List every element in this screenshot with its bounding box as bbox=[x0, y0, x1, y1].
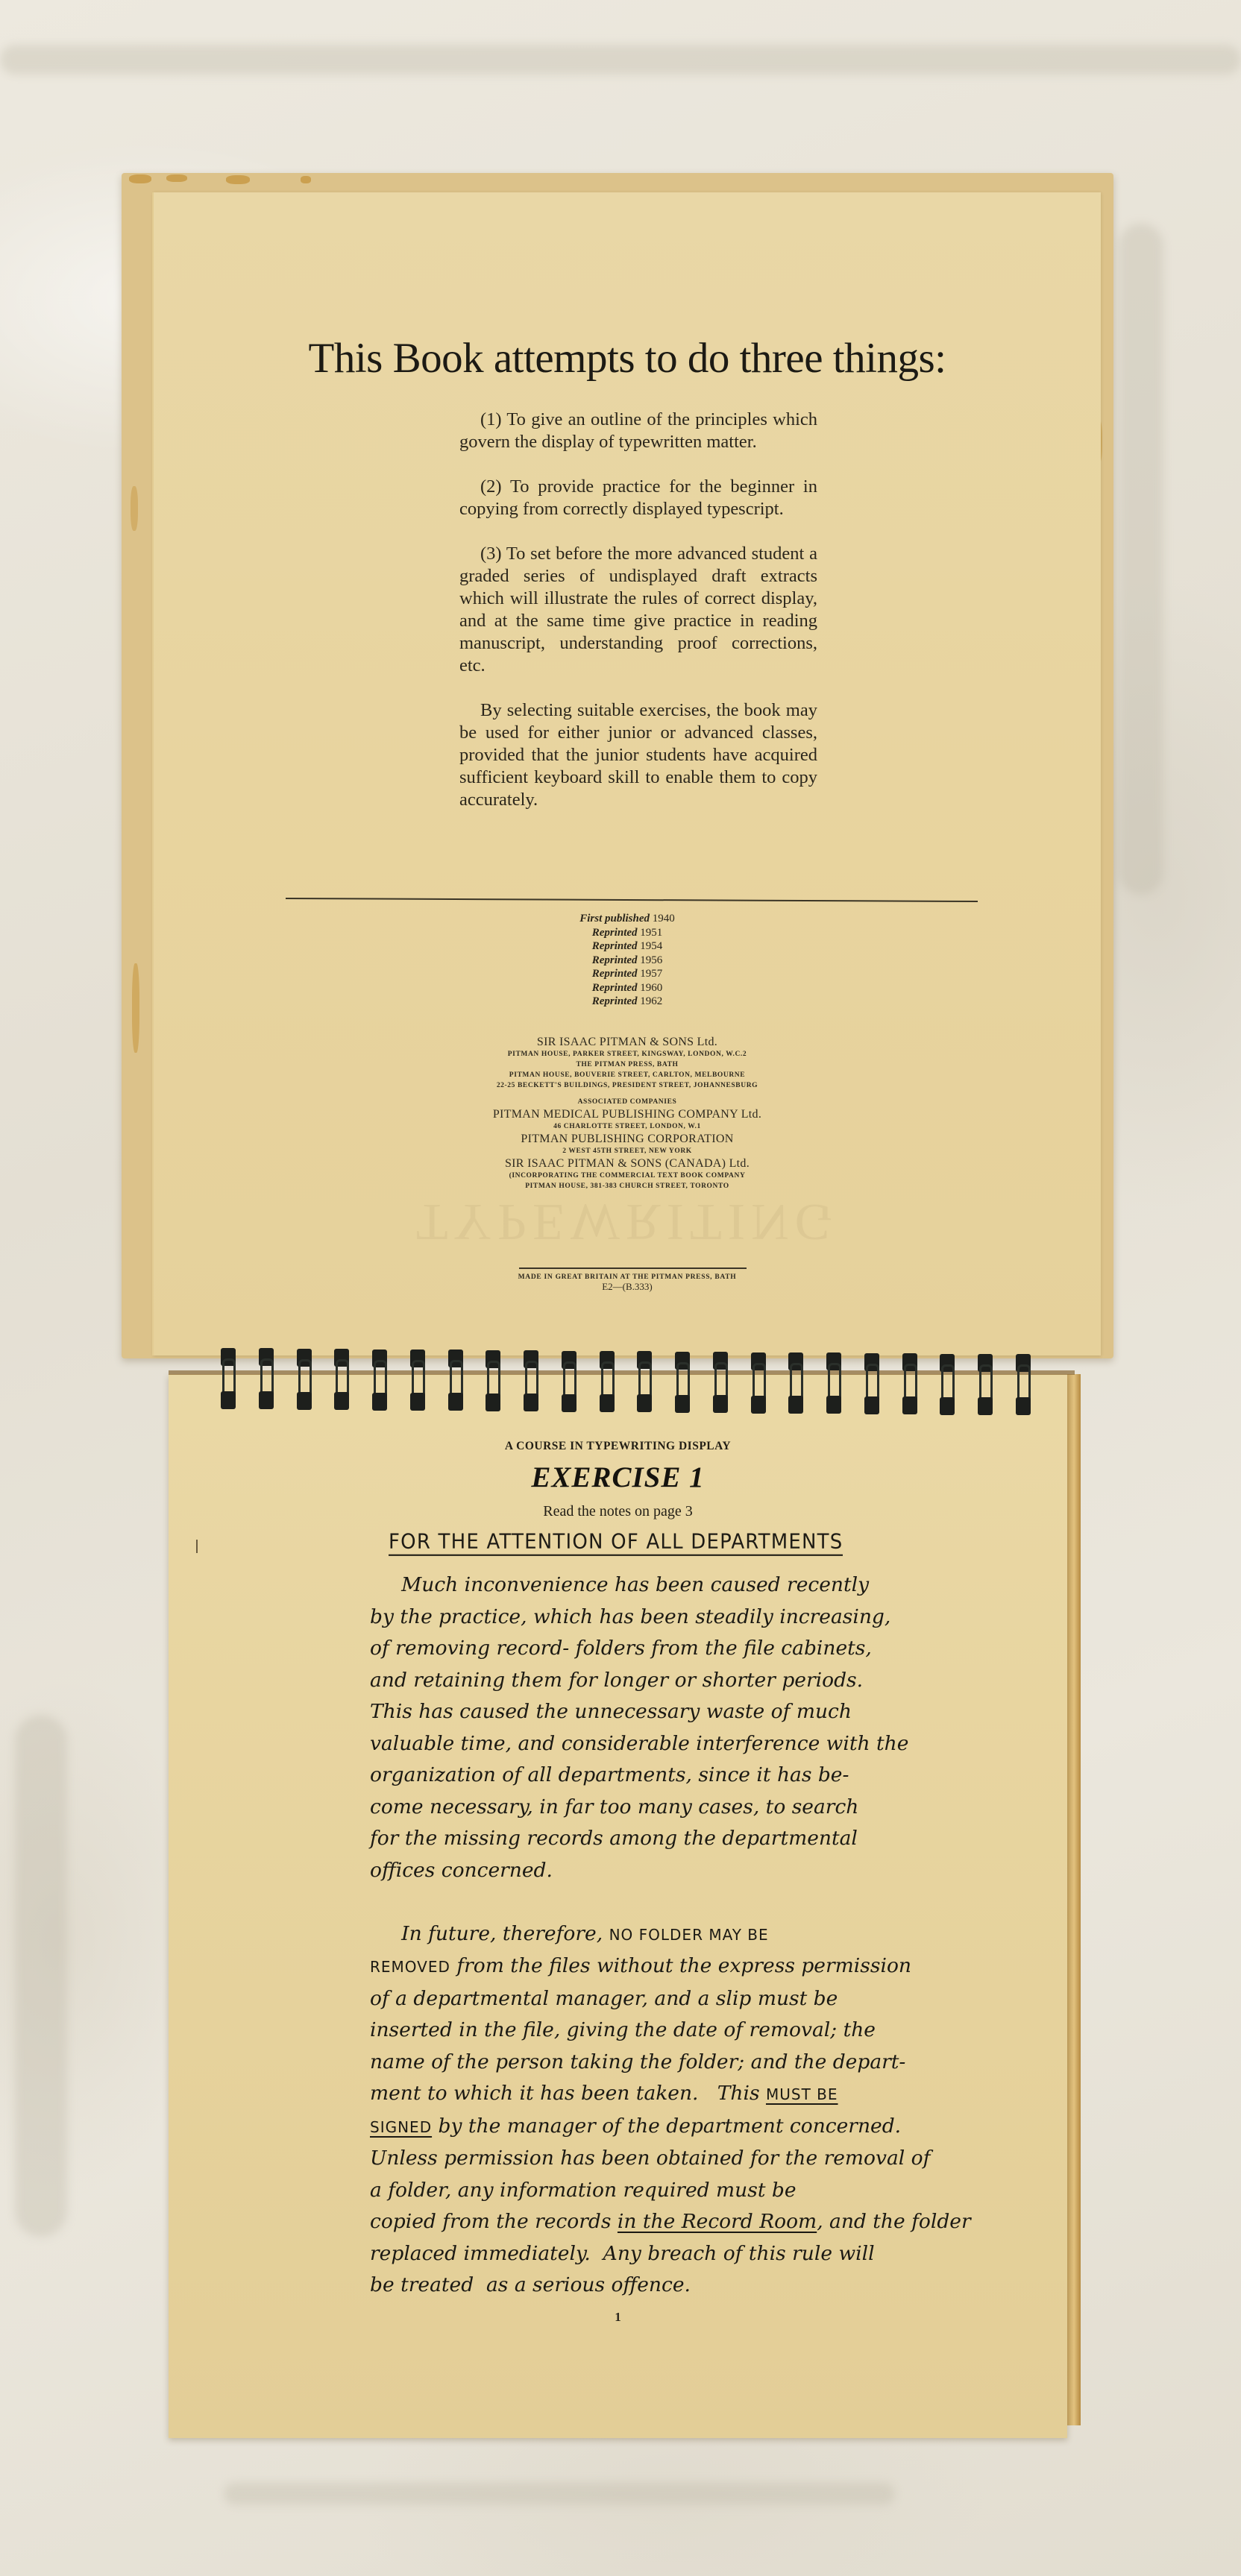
printing-entry: First published 1940 bbox=[154, 912, 1101, 926]
handwritten-line: come necessary, in far too many cases, t… bbox=[370, 1792, 922, 1824]
spiral-coil bbox=[711, 1352, 729, 1413]
spiral-binding bbox=[0, 1348, 1241, 1408]
cloth-fold bbox=[0, 45, 1241, 75]
handwritten-heading: FOR THE ATTENTION OF ALL DEPARTMENTS bbox=[389, 1530, 843, 1556]
spiral-coil bbox=[219, 1348, 237, 1409]
show-through-text: TYPEWRITING bbox=[154, 1191, 1101, 1251]
spiral-coil bbox=[333, 1349, 351, 1410]
spiral-coil bbox=[787, 1352, 805, 1414]
handwritten-line: a folder, any information required must … bbox=[370, 2175, 922, 2207]
series-title: A COURSE IN TYPEWRITING DISPLAY bbox=[169, 1440, 1067, 1453]
spiral-coil bbox=[750, 1352, 767, 1414]
upper-page: TYPEWRITING This Book attempts to do thr… bbox=[154, 192, 1101, 1355]
spiral-coil bbox=[598, 1351, 616, 1412]
handwritten-line: and retaining them for longer or shorter… bbox=[370, 1665, 922, 1697]
spiral-coil bbox=[863, 1353, 881, 1414]
handwritten-line: In future, therefore, NO FOLDER MAY BE bbox=[370, 1918, 922, 1951]
aim-item: (2) To provide practice for the beginner… bbox=[459, 476, 817, 520]
handwritten-line: Much inconvenience has been caused recen… bbox=[370, 1569, 922, 1602]
publisher-block: SIR ISAAC PITMAN & SONS Ltd. PITMAN HOUS… bbox=[154, 1035, 1101, 1191]
spiral-coil bbox=[522, 1350, 540, 1411]
printing-entry: Reprinted 1954 bbox=[154, 939, 1101, 954]
handwritten-line: by the practice, which has been steadily… bbox=[370, 1602, 922, 1634]
handwritten-line: SIGNED by the manager of the department … bbox=[370, 2111, 922, 2144]
spiral-coil bbox=[901, 1353, 919, 1414]
spiral-coil bbox=[484, 1350, 502, 1411]
associated-name: PITMAN MEDICAL PUBLISHING COMPANY Ltd. bbox=[154, 1107, 1101, 1121]
handwritten-line: copied from the records in the Record Ro… bbox=[370, 2206, 922, 2238]
cloth-fold bbox=[15, 1715, 67, 2237]
spiral-coil bbox=[257, 1348, 275, 1409]
aims-list: (1) To give an outline of the principles… bbox=[459, 409, 817, 834]
printing-entry: Reprinted 1960 bbox=[154, 981, 1101, 995]
printing-entry: Reprinted 1956 bbox=[154, 954, 1101, 968]
instruction-text: Read the notes on page 3 bbox=[169, 1503, 1067, 1520]
handwritten-line: for the missing records among the depart… bbox=[370, 1823, 922, 1855]
spiral-coil bbox=[825, 1352, 843, 1414]
divider-rule bbox=[286, 898, 978, 902]
associated-address: (INCORPORATING THE COMMERCIAL TEXT BOOK … bbox=[154, 1171, 1101, 1181]
handwritten-line: of removing record- folders from the fil… bbox=[370, 1633, 922, 1665]
handwritten-line bbox=[370, 1886, 922, 1918]
page-stack-edge bbox=[1067, 1374, 1081, 2425]
spiral-coil bbox=[976, 1354, 994, 1415]
spiral-coil bbox=[1014, 1354, 1032, 1415]
publisher-address: THE PITMAN PRESS, BATH bbox=[154, 1059, 1101, 1070]
handwritten-line: be treated as a serious offence. bbox=[370, 2270, 922, 2302]
printing-history: First published 1940Reprinted 1951Reprin… bbox=[154, 912, 1101, 1009]
associated-address: 2 WEST 45TH STREET, NEW YORK bbox=[154, 1146, 1101, 1156]
handwritten-line: organization of all departments, since i… bbox=[370, 1760, 922, 1792]
cloth-fold bbox=[1119, 224, 1163, 895]
imprint-block: MADE IN GREAT BRITAIN AT THE PITMAN PRES… bbox=[154, 1273, 1101, 1293]
publisher-address: PITMAN HOUSE, BOUVERIE STREET, CARLTON, … bbox=[154, 1070, 1101, 1080]
publisher-name: SIR ISAAC PITMAN & SONS Ltd. bbox=[154, 1035, 1101, 1049]
spiral-coil bbox=[409, 1350, 427, 1411]
spiral-coil bbox=[447, 1350, 465, 1411]
spiral-coil bbox=[938, 1354, 956, 1415]
imprint-text: MADE IN GREAT BRITAIN AT THE PITMAN PRES… bbox=[154, 1273, 1101, 1281]
printing-entry: Reprinted 1951 bbox=[154, 926, 1101, 940]
exercise-title: EXERCISE 1 bbox=[169, 1461, 1067, 1494]
handwritten-line: offices concerned. bbox=[370, 1855, 922, 1887]
handwritten-line: of a departmental manager, and a slip mu… bbox=[370, 1983, 922, 2015]
aim-item: (1) To give an outline of the principles… bbox=[459, 409, 817, 453]
printing-entry: Reprinted 1957 bbox=[154, 967, 1101, 981]
printing-entry: Reprinted 1962 bbox=[154, 995, 1101, 1009]
handwritten-line: REMOVED from the files without the expre… bbox=[370, 1950, 922, 1983]
handwritten-line: inserted in the file, giving the date of… bbox=[370, 2015, 922, 2047]
page-number: 1 bbox=[169, 2310, 1067, 2325]
lower-page: A COURSE IN TYPEWRITING DISPLAY EXERCISE… bbox=[169, 1374, 1067, 2438]
handwritten-line: valuable time, and considerable interfer… bbox=[370, 1728, 922, 1760]
handwritten-body: Much inconvenience has been caused recen… bbox=[370, 1569, 922, 2302]
margin-mark bbox=[196, 1540, 198, 1553]
book-code: E2—(B.333) bbox=[154, 1281, 1101, 1293]
handwritten-line: This has caused the unnecessary waste of… bbox=[370, 1696, 922, 1728]
associated-address: PITMAN HOUSE, 381-383 CHURCH STREET, TOR… bbox=[154, 1181, 1101, 1191]
handwritten-line: replaced immediately. Any breach of this… bbox=[370, 2238, 922, 2270]
cloth-fold bbox=[224, 2483, 895, 2505]
imprint-rule bbox=[519, 1267, 747, 1269]
handwritten-line: Unless permission has been obtained for … bbox=[370, 2143, 922, 2175]
spiral-coil bbox=[560, 1351, 578, 1412]
associated-name: SIR ISAAC PITMAN & SONS (CANADA) Ltd. bbox=[154, 1156, 1101, 1171]
spiral-coil bbox=[295, 1349, 313, 1410]
spiral-coil bbox=[673, 1352, 691, 1413]
associated-address: 46 CHARLOTTE STREET, LONDON, W.1 bbox=[154, 1121, 1101, 1132]
associated-name: PITMAN PUBLISHING CORPORATION bbox=[154, 1132, 1101, 1146]
spiral-coil bbox=[635, 1351, 653, 1412]
handwritten-line: ment to which it has been taken. This MU… bbox=[370, 2078, 922, 2111]
closing-paragraph: By selecting suitable exercises, the boo… bbox=[459, 699, 817, 811]
page-title: This Book attempts to do three things: bbox=[154, 334, 1101, 382]
aim-item: (3) To set before the more advanced stud… bbox=[459, 543, 817, 677]
handwritten-line: name of the person taking the folder; an… bbox=[370, 2047, 922, 2079]
publisher-address: PITMAN HOUSE, PARKER STREET, KINGSWAY, L… bbox=[154, 1049, 1101, 1059]
spiral-coil bbox=[371, 1350, 389, 1411]
associated-label: ASSOCIATED COMPANIES bbox=[154, 1097, 1101, 1107]
publisher-address: 22-25 BECKETT'S BUILDINGS, PRESIDENT STR… bbox=[154, 1080, 1101, 1091]
